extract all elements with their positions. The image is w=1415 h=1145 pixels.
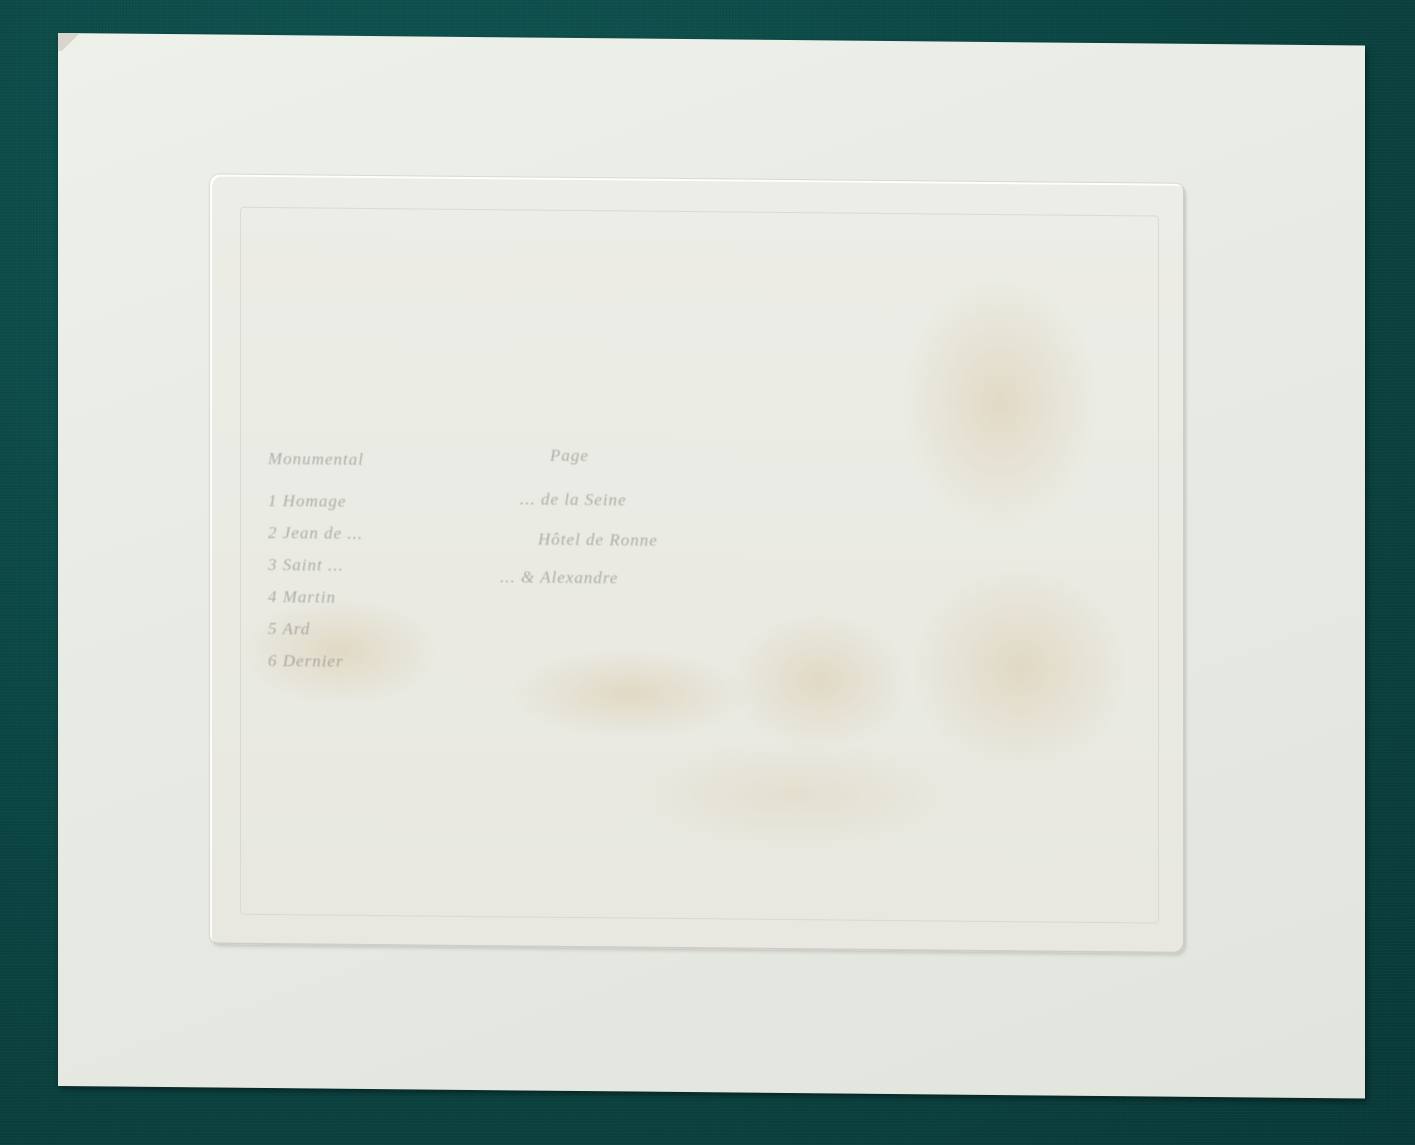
- note-line: 3 Saint ...: [268, 549, 364, 582]
- stain-patch: [910, 561, 1130, 773]
- print-paper-sheet: Monumental 1 Homage 2 Jean de ... 3 Sain…: [58, 33, 1365, 1099]
- embossed-plate-mark: Monumental 1 Homage 2 Jean de ... 3 Sain…: [210, 174, 1185, 953]
- note-line: 1 Homage: [268, 485, 364, 518]
- note-line: 2 Jean de ...: [268, 517, 364, 550]
- pencil-notes-right: Page ... de la Seine Hôtel de Ronne ... …: [500, 439, 658, 595]
- stain-patch: [730, 609, 910, 751]
- pencil-notes-left: Monumental 1 Homage 2 Jean de ... 3 Sain…: [268, 443, 364, 678]
- note-line: Hôtel de Ronne: [538, 524, 658, 557]
- stain-patch: [630, 738, 960, 851]
- note-heading: Page: [550, 440, 658, 473]
- note-line: 5 Ard: [268, 613, 364, 646]
- note-line: 4 Martin: [268, 581, 364, 614]
- stain-patch: [900, 271, 1100, 533]
- note-heading: Monumental: [268, 443, 364, 476]
- note-line: ... & Alexandre: [500, 561, 658, 595]
- note-line: 6 Dernier: [268, 645, 364, 678]
- note-line: ... de la Seine: [520, 483, 658, 516]
- stain-patch: [510, 647, 750, 739]
